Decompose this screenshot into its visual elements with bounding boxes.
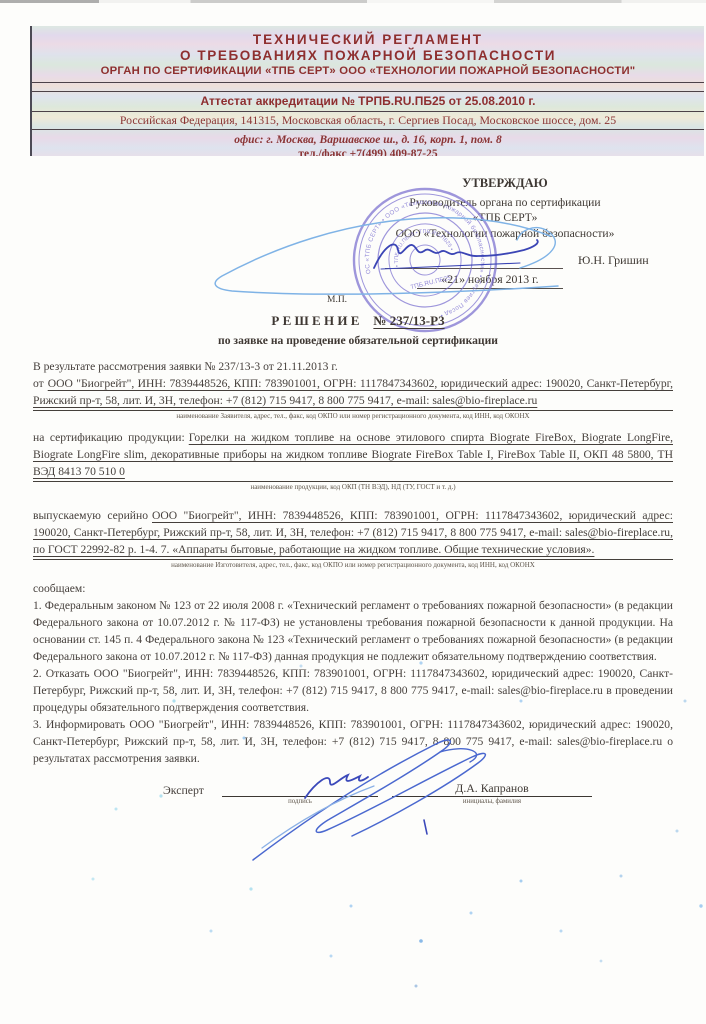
scan-noise-specks [0,0,2,2]
document-body: В результате рассмотрения заявки № 237/1… [33,358,673,767]
resolution-item: 3. Информировать ООО "Биогрейт", ИНН: 78… [33,716,673,767]
applicant-field: отООО "Биогрейт", ИНН: 7839448526, КПП: … [33,375,673,411]
letterhead-title-line1: ТЕХНИЧЕСКИЙ РЕГЛАМЕНТ [32,26,704,48]
svg-text:ОС «ТПБ СЕРТ» • ООО «Техноло: ОС «ТПБ СЕРТ» • ООО «Технологии пожарной… [351,186,499,334]
decision-word: Р Е Ш Е Н И Е [271,313,359,328]
product-field: на сертификацию продукции:Горелки на жид… [33,429,673,482]
stamp-ring-text: ОС «ТПБ СЕРТ» • ООО «Технологии пожарной… [351,186,499,334]
manufacturer-caption: наименование Изготовителя, адрес, тел., … [33,561,673,570]
intro-line: В результате рассмотрения заявки № 237/1… [33,358,673,375]
applicant-label: от [33,377,44,390]
letterhead: ТЕХНИЧЕСКИЙ РЕГЛАМЕНТ О ТРЕБОВАНИЯХ ПОЖА… [30,26,704,156]
expert-signature-caption: подпись [222,798,378,805]
ink-tick [424,820,427,834]
resolution-item: 2. Отказать ООО "Биогрейт", ИНН: 7839448… [33,665,673,716]
decision-number: № 237/13-Р3 [373,313,444,328]
expert-name: Д.А. Капранов [392,781,592,796]
letterhead-title-line2: О ТРЕБОВАНИЯХ ПОЖАРНОЙ БЕЗОПАСНОСТИ [32,48,704,64]
expert-name-caption: инициалы, фамилия [392,798,592,805]
expert-label: Эксперт [163,783,204,798]
scanned-certification-decision: { "colors":{"header_text":"#8e2f2f","bod… [0,0,706,1024]
manufacturer-label: выпускаемую серийно [33,509,148,522]
applicant-caption: наименование Заявителя, адрес, тел., фак… [33,412,673,421]
applicant-value: ООО "Биогрейт", ИНН: 7839448526, КПП: 78… [33,377,673,407]
org-address: Российская Федерация, 141315, Московская… [32,112,704,129]
inform-label: сообщаем: [33,580,673,597]
expert-signature-squiggle [305,775,368,798]
expert-signature-line [222,796,378,797]
product-caption: наименование продукции, код ОКП (ТН ВЭД)… [33,483,673,492]
expert-name-line [392,796,592,797]
resolution-item: 1. Федеральным законом № 123 от 22 июля … [33,597,673,665]
product-label: на сертификацию продукции: [33,431,185,444]
director-name: Ю.Н. Гришин [578,253,649,268]
scan-edge-artifact [0,0,706,3]
manufacturer-field: выпускаемую серийноООО "Биогрейт", ИНН: … [33,507,673,560]
org-phone: тел./факс +7(499) 409-87-25 [32,147,704,156]
decision-subtitle: по заявке на проведение обязательной сер… [0,334,706,347]
org-office-address: офис: г. Москва, Варшавское ш., д. 16, к… [32,130,704,147]
accreditation-line: Аттестат аккредитации № ТРПБ.RU.ПБ25 от … [32,92,704,111]
stamp-center-text: ТПБ.RU.ПБ25 [410,274,452,291]
letterhead-org-line: ОРГАН ПО СЕРТИФИКАЦИИ «ТПБ СЕРТ» ООО «ТЕ… [32,64,704,82]
decision-title: Р Е Ш Е Н И Е№ 237/13-Р3 [0,313,706,329]
